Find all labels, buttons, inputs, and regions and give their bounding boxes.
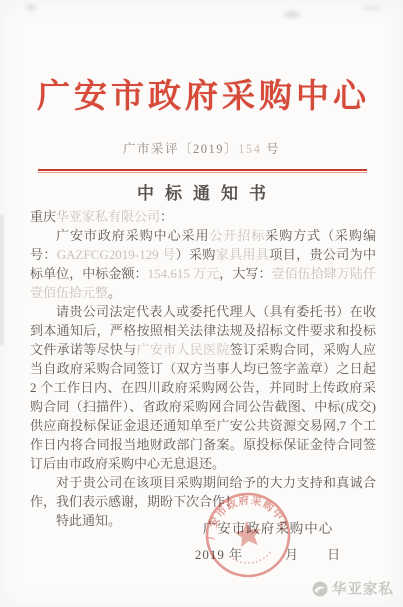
- scan-edge-shadow: [0, 215, 5, 345]
- paragraph-contract-instructions: 请贵公司法定代表人或委托代理人（具有委托书）在收到本通知后，严格按照相关法律法规…: [30, 302, 376, 473]
- brand-logo-icon: [312, 581, 328, 597]
- brand-name: 华亚家私: [332, 578, 394, 599]
- official-seal: 广安市政府采购中心: [198, 485, 298, 585]
- recipient-line: 重庆华亚家私有限公司：: [30, 207, 376, 226]
- scan-artifact: [362, 6, 382, 10]
- red-divider: [38, 169, 367, 173]
- seal-star-icon: [233, 519, 262, 547]
- scan-artifact: [284, 11, 300, 18]
- issuer-title: 广安市政府采购中心: [0, 70, 403, 117]
- document-body: 重庆华亚家私有限公司： 广安市政府采购中心采用公开招标采购方式（采购编号：GAZ…: [30, 207, 376, 530]
- brand-watermark: 华亚家私: [312, 578, 394, 599]
- scan-artifact: [26, 5, 36, 10]
- document-number: 广市采评〔2019〕154 号: [0, 139, 403, 157]
- paragraph-award-details: 广安市政府采购中心采用公开招标采购方式（采购编号：GAZFCG2019-129 …: [30, 226, 376, 302]
- red-divider-thick-line: [38, 169, 367, 171]
- red-divider-thin-line: [38, 172, 367, 173]
- document-page: 广安市政府采购中心 广市采评〔2019〕154 号 中标通知书 重庆华亚家私有限…: [0, 0, 403, 607]
- document-title: 中标通知书: [0, 179, 403, 204]
- seal-serial-marks: [229, 551, 272, 565]
